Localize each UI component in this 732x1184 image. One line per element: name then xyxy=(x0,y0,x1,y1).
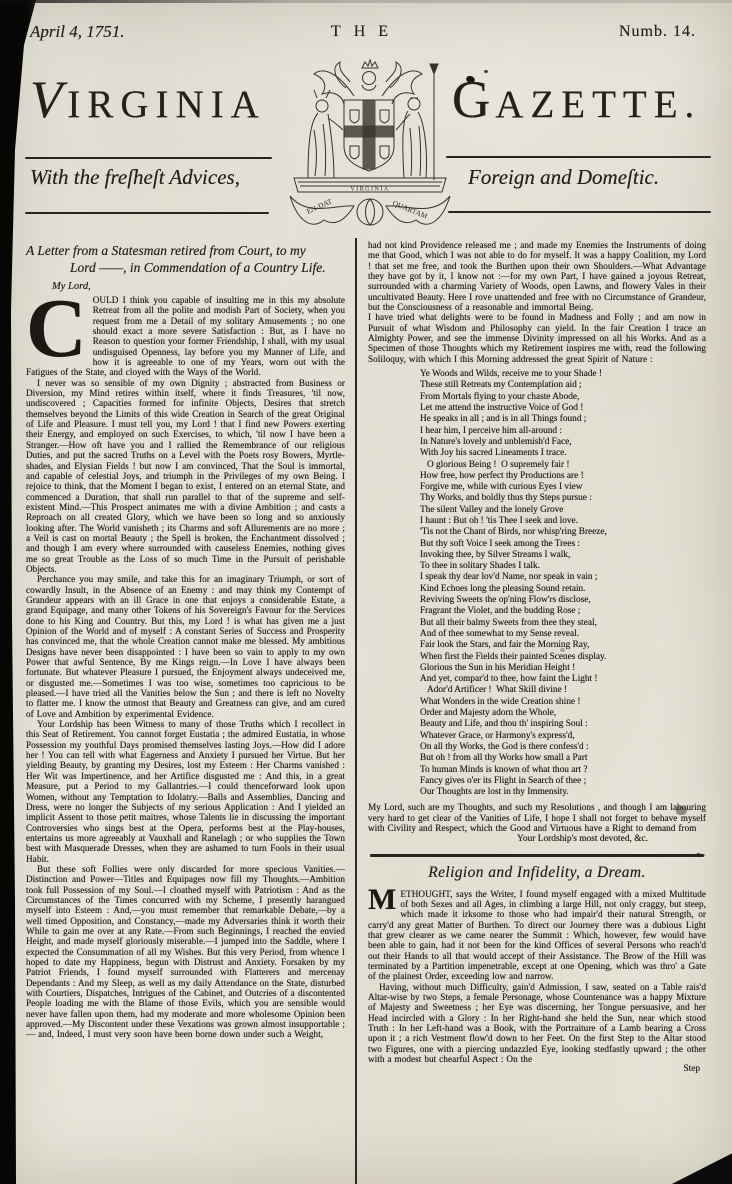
poem-line: Fair look the Stars, and fair the Mornin… xyxy=(420,640,706,651)
crest-motto-right-text: QUARTAM xyxy=(391,199,429,221)
left-column: A Letter from a Statesman retired from C… xyxy=(26,243,345,1040)
poem-line: But oh ! from all thy Works how small a … xyxy=(420,753,706,764)
poem-line: Ador'd Artificer ! What Skill divine ! xyxy=(420,685,706,696)
poem-line: In Nature's lovely and unblemish'd Face, xyxy=(420,437,706,448)
letter-paragraph: I have tried what delights were to be fo… xyxy=(368,312,706,364)
letter-heading: A Letter from a Statesman retired from C… xyxy=(26,243,345,276)
poem-line: Invoking thee, by Silver Streams I walk, xyxy=(420,550,706,561)
letter-paragraph: I never was so sensible of my own Dignit… xyxy=(26,378,345,575)
catchword: Step xyxy=(368,1064,706,1075)
letter-salutation: My Lord, xyxy=(52,281,345,292)
header-rule xyxy=(25,212,269,214)
letter-opening-paragraph: COULD I think you capable of insulting m… xyxy=(26,295,345,378)
header-rule xyxy=(446,156,711,158)
dream-paragraph: Having, without much Difficulty, gain'd … xyxy=(368,982,706,1065)
poem-line: O glorious Being ! O supremely fair ! xyxy=(420,460,706,471)
poem-line: Let me attend the instructive Voice of G… xyxy=(420,403,706,414)
poem-line: Fragrant the Violet, and the budding Ros… xyxy=(420,606,706,617)
poem-line: The silent Valley and the lonely Grove xyxy=(420,505,706,516)
issue-date: April 4, 1751. xyxy=(30,22,124,42)
article-separator-rule xyxy=(370,854,704,856)
subtitle-left: With the freſheſt Advices, xyxy=(30,165,240,190)
poem-line: Reviving Sweets the op'ning Flow'rs disc… xyxy=(420,595,706,606)
poem-line: And yet, compar'd to thee, how faint the… xyxy=(420,674,706,685)
poem-line: Forgive me, while with curious Eyes I vi… xyxy=(420,482,706,493)
poem-line: When first the Fields their painted Scen… xyxy=(420,652,706,663)
scan-edge-bottom-right xyxy=(668,1150,732,1184)
poem-line: These still Retreats my Contemplation ai… xyxy=(420,380,706,391)
poem-line: And of thee somewhat to my Sense reveal. xyxy=(420,629,706,640)
poem-line: I speak thy dear lov'd Name, nor speak i… xyxy=(420,572,706,583)
poem-line: Glorious the Sun in his Meridian Height … xyxy=(420,663,706,674)
letter-paragraph: Perchance you may smile, and take this f… xyxy=(26,574,345,719)
poem-line: To human Minds is known of what thou art… xyxy=(420,765,706,776)
soliloquy-poem: Ye Woods and Wilds, receive me to your S… xyxy=(420,369,706,798)
poem-line: Kind Echoes long the pleasing Sound reta… xyxy=(420,584,706,595)
poem-line: I haunt : But oh ! 'tis Thee I seek and … xyxy=(420,516,706,527)
masthead-title-virginia: VIRGINIA xyxy=(30,70,266,130)
virginia-colonial-seal-icon: VIRGINIA EN·DAT QUARTAM xyxy=(284,54,456,240)
poem-line: But thy soft Voice I seek among the Tree… xyxy=(420,539,706,550)
poem-line: Order and Majesty adorn the Whole, xyxy=(420,708,706,719)
poem-line: Thy Works, and boldly thus thy Steps pur… xyxy=(420,493,706,504)
letter-closing-paragraph: My Lord, such are my Thoughts, and such … xyxy=(368,802,706,833)
crest-motto-left-text: EN·DAT xyxy=(305,196,334,215)
poem-line: Ye Woods and Wilds, receive me to your S… xyxy=(420,369,706,380)
masthead-title-gazette: GAZETTE. xyxy=(452,70,701,130)
letter-signature: Your Lordship's most devoted, &c. xyxy=(368,834,706,845)
letter-left-paragraphs: I never was so sensible of my own Dignit… xyxy=(26,378,345,1040)
header-rule xyxy=(25,157,272,159)
poem-line: Fancy gives o'er its Flight in Search of… xyxy=(420,776,706,787)
drop-cap-c: C xyxy=(26,295,93,360)
masthead-the: THE xyxy=(300,23,432,41)
newspaper-page: April 4, 1751. THE Numb. 14. VIRGINIA GA… xyxy=(0,0,732,1184)
poem-line: Whatever Grace, or Harmony's express'd, xyxy=(420,731,706,742)
poem-line: On all thy Works, the God is there confe… xyxy=(420,742,706,753)
poem-line: From Mortals flying to your chaste Abode… xyxy=(420,392,706,403)
letter-right-paragraphs: had not kind Providence released me ; an… xyxy=(368,240,706,364)
letter-paragraph: Your Lordship has been Witness to many o… xyxy=(26,719,345,864)
drop-cap-m: M xyxy=(368,889,400,910)
poem-line: 'Tis not the Chant of Birds, nor whisp'r… xyxy=(420,527,706,538)
dream-article-heading: Religion and Infidelity, a Dream. xyxy=(368,864,706,882)
header-rule xyxy=(448,211,711,213)
poem-line: What Wonders in the wide Creation shine … xyxy=(420,697,706,708)
poem-line: Our Thoughts are lost in thy Immensity. xyxy=(420,787,706,798)
poem-line: He speaks in all ; and is in all Things … xyxy=(420,414,706,425)
column-divider xyxy=(355,238,357,1184)
masthead-initial-g: G xyxy=(452,71,495,129)
subtitle-right: Foreign and Domeſtic. xyxy=(468,165,659,190)
masthead-initial-v: V xyxy=(30,71,67,129)
scan-edge-top xyxy=(0,0,732,3)
right-column: had not kind Providence released me ; an… xyxy=(368,240,706,1075)
poem-line: I hear him, I perceive him all-around : xyxy=(420,426,706,437)
poem-line: Beauty and Life, and thou th' inspiring … xyxy=(420,719,706,730)
poem-line: To thee in solitary Shades I talk. xyxy=(420,561,706,572)
letter-paragraph: had not kind Providence released me ; an… xyxy=(368,240,706,312)
crest-motto-center-text: VIRGINIA xyxy=(350,187,389,193)
letter-paragraph: But these soft Follies were only discard… xyxy=(26,864,345,1040)
dream-opening-paragraph: METHOUGHT, says the Writer, I found myse… xyxy=(368,889,706,982)
poem-line: With Joy his sacred Lineaments I trace. xyxy=(420,448,706,459)
poem-line: But all their balmy Sweets from thee the… xyxy=(420,618,706,629)
issue-number: Numb. 14. xyxy=(619,23,696,41)
poem-line: How free, how perfect thy Productions ar… xyxy=(420,471,706,482)
